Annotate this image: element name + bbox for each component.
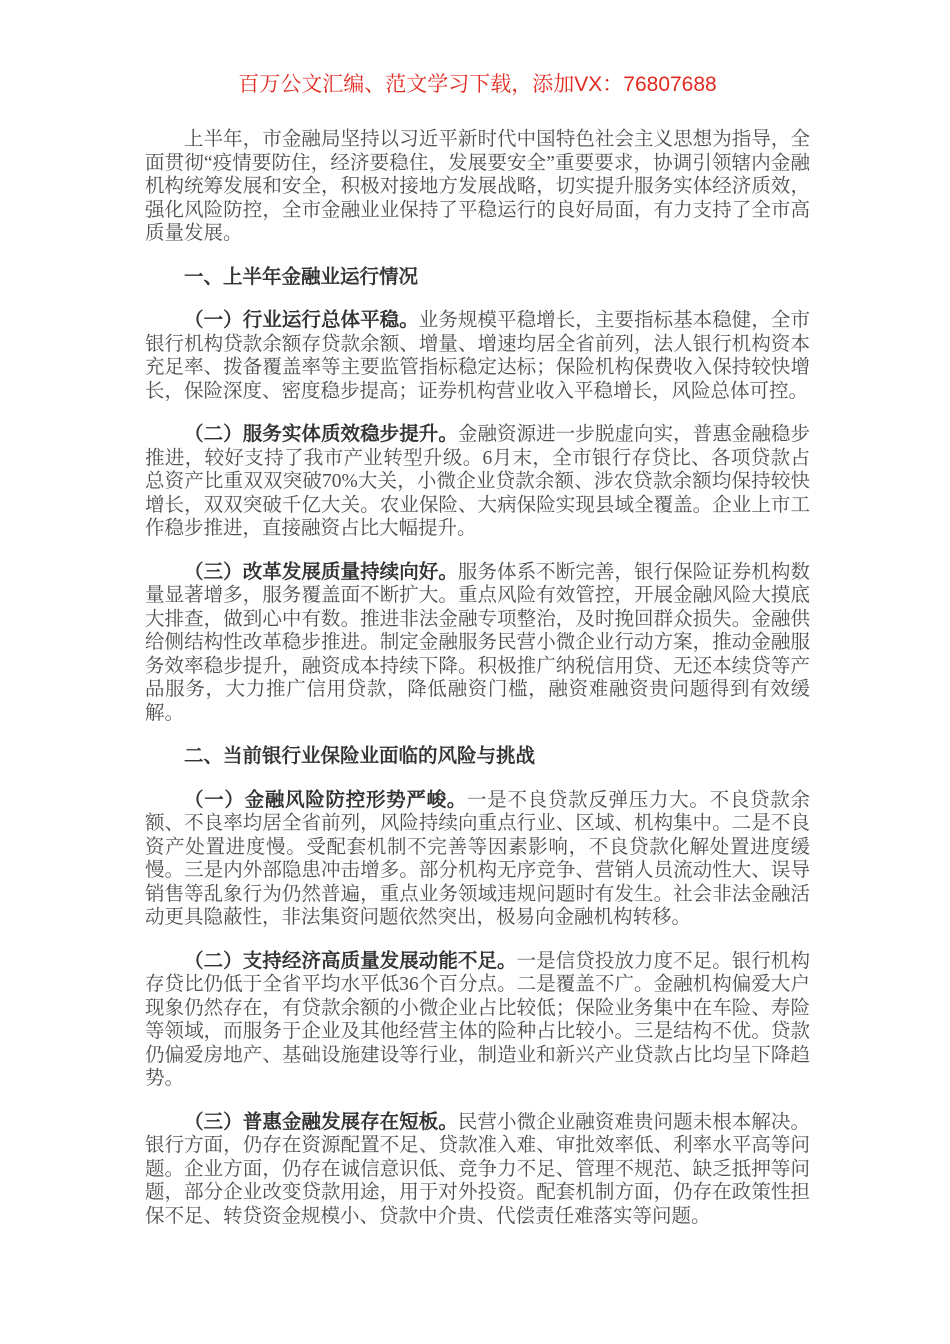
paragraph-lead: （三）普惠金融发展存在短板。	[184, 1111, 458, 1133]
section-heading-2: 二、当前银行业保险业面临的风险与挑战	[145, 745, 810, 769]
paragraph-lead: （一）金融风险防控形势严峻。	[184, 789, 467, 811]
paragraph-intro: 上半年，市金融局坚持以习近平新时代中国特色社会主义思想为指导，全面贯彻“疫情要防…	[145, 128, 810, 246]
paragraph-lead: （二）支持经济高质量发展动能不足。	[184, 950, 517, 972]
paragraph-lead: （三）改革发展质量持续向好。	[184, 561, 458, 583]
paragraph-inclusive-finance: （三）普惠金融发展存在短板。民营小微企业融资难贵问题未根本解决。银行方面，仍存在…	[145, 1111, 810, 1229]
paragraph-service-economy: （二）服务实体质效稳步提升。金融资源进一步脱虚向实，普惠金融稳步推进，较好支持了…	[145, 423, 810, 541]
paragraph-lead: （一）行业运行总体平稳。	[184, 309, 419, 331]
section-heading-1: 一、上半年金融业运行情况	[145, 266, 810, 290]
document-page: 百万公文汇编、范文学习下载，添加VX：76807688 上半年，市金融局坚持以习…	[0, 0, 950, 1344]
paragraph-lead: （二）服务实体质效稳步提升。	[184, 423, 458, 445]
paragraph-risk-control: （一）金融风险防控形势严峻。一是不良贷款反弹压力大。不良贷款余额、不良率均居全省…	[145, 789, 810, 930]
paragraph-text: 服务体系不断完善，银行保险证券机构数量显著增多，服务覆盖面不断扩大。重点风险有效…	[145, 562, 810, 724]
paragraph-industry-stable: （一）行业运行总体平稳。业务规模平稳增长，主要指标基本稳健，全市银行机构贷款余额…	[145, 309, 810, 403]
paragraph-reform-quality: （三）改革发展质量持续向好。服务体系不断完善，银行保险证券机构数量显著增多，服务…	[145, 561, 810, 726]
paragraph-growth-momentum: （二）支持经济高质量发展动能不足。一是信贷投放力度不足。银行机构存贷比仍低于全省…	[145, 950, 810, 1091]
promo-banner-text: 百万公文汇编、范文学习下载，添加VX：76807688	[145, 72, 810, 98]
paragraph-text: 上半年，市金融局坚持以习近平新时代中国特色社会主义思想为指导，全面贯彻“疫情要防…	[145, 129, 810, 244]
